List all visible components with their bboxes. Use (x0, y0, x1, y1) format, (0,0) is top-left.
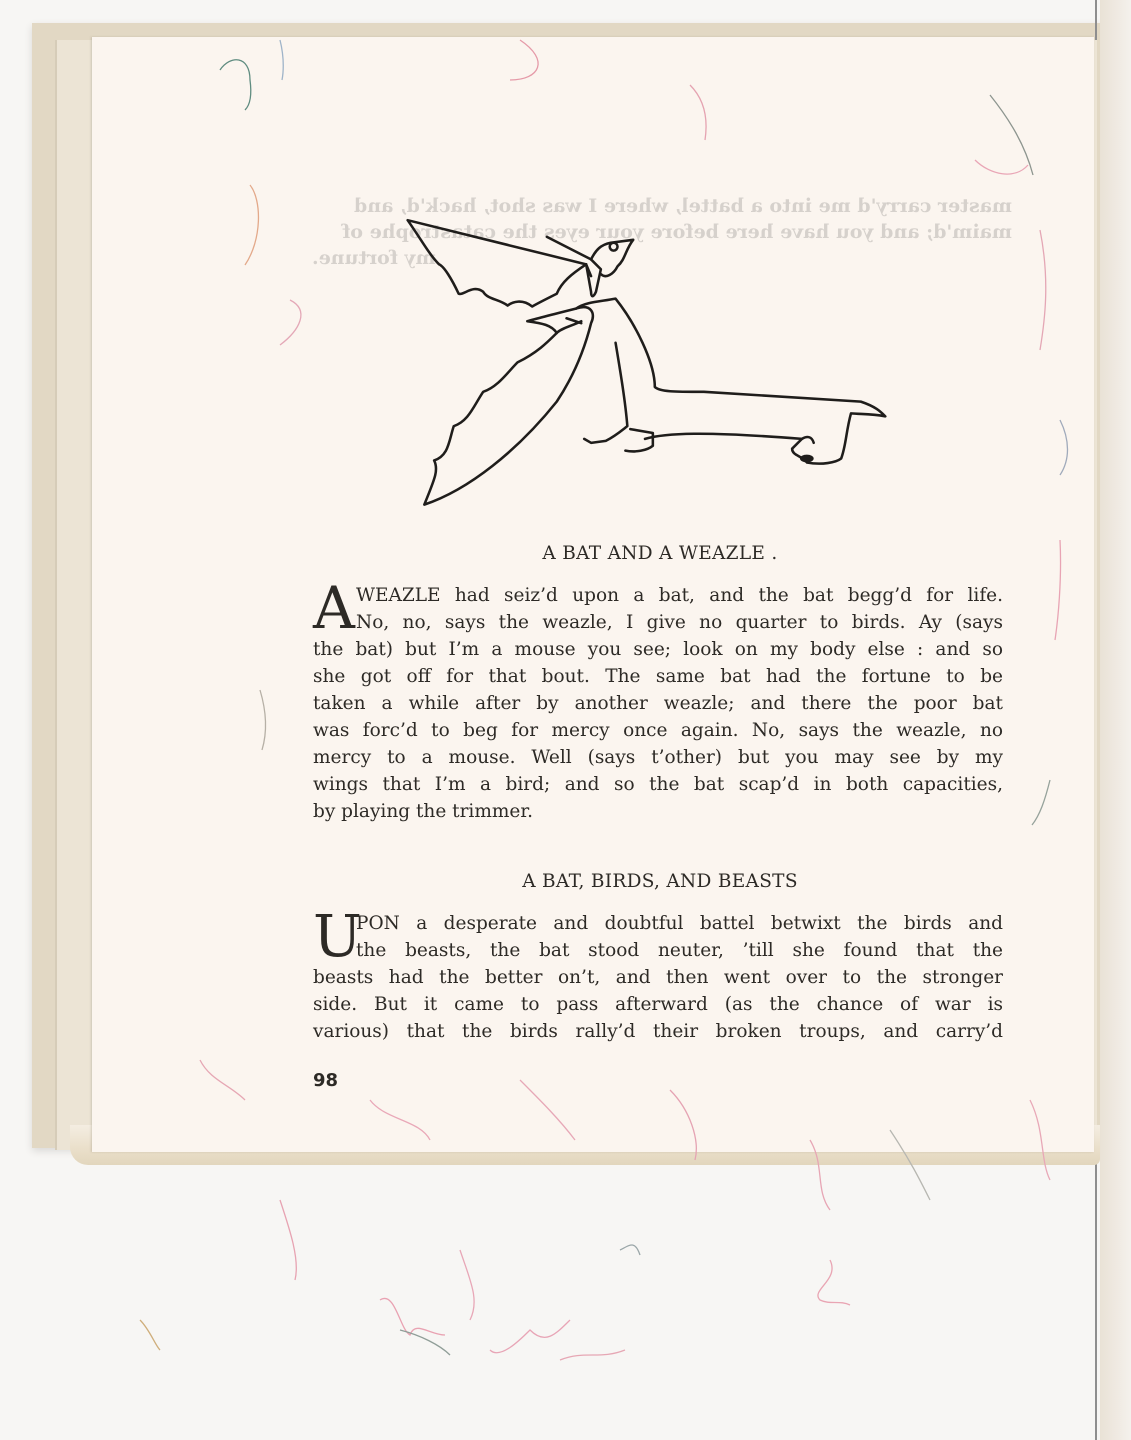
page-number: 98 (313, 1070, 338, 1091)
fable-body-bat-and-weazle: A WEAZLE had seiz’d upon a bat, and the … (313, 582, 1003, 825)
text-line: PON a desperate and doubtful battel betw… (313, 910, 1003, 937)
text-line: WEAZLE had seiz’d upon a bat, and the ba… (313, 582, 1003, 609)
text-line: various) that the birds rally’d their br… (313, 1018, 1003, 1045)
text-line: the bat) but I’m a mouse you see; look o… (313, 636, 1003, 663)
text-line: she got off for that bout. The same bat … (313, 663, 1003, 690)
text-line: beasts had the better on’t, and then wen… (313, 964, 1003, 991)
text-line: mercy to a mouse. Well (says t’other) bu… (313, 744, 1003, 771)
text-line: taken a while after by another weazle; a… (313, 690, 1003, 717)
fable-title-bat-and-weazle: A BAT AND A WEAZLE . (310, 543, 1010, 564)
text-line: by playing the trimmer. (313, 798, 1003, 825)
drop-cap: U (313, 911, 362, 961)
text-line: wings that I’m a bird; and so the bat sc… (313, 771, 1003, 798)
fable-body-bat-birds-beasts: U PON a desperate and doubtful battel be… (313, 910, 1003, 1045)
fable-title-bat-birds-beasts: A BAT, BIRDS, AND BEASTS (310, 871, 1010, 892)
text-line: No, no, says the weazle, I give no quart… (313, 609, 1003, 636)
drop-cap: A (313, 583, 355, 633)
text-line: the beasts, the bat stood neuter, ’till … (313, 937, 1003, 964)
text-line: side. But it came to pass afterward (as … (313, 991, 1003, 1018)
text-line: was forc’d to beg for mercy once again. … (313, 717, 1003, 744)
bat-weasel-drawing-icon (390, 205, 900, 510)
